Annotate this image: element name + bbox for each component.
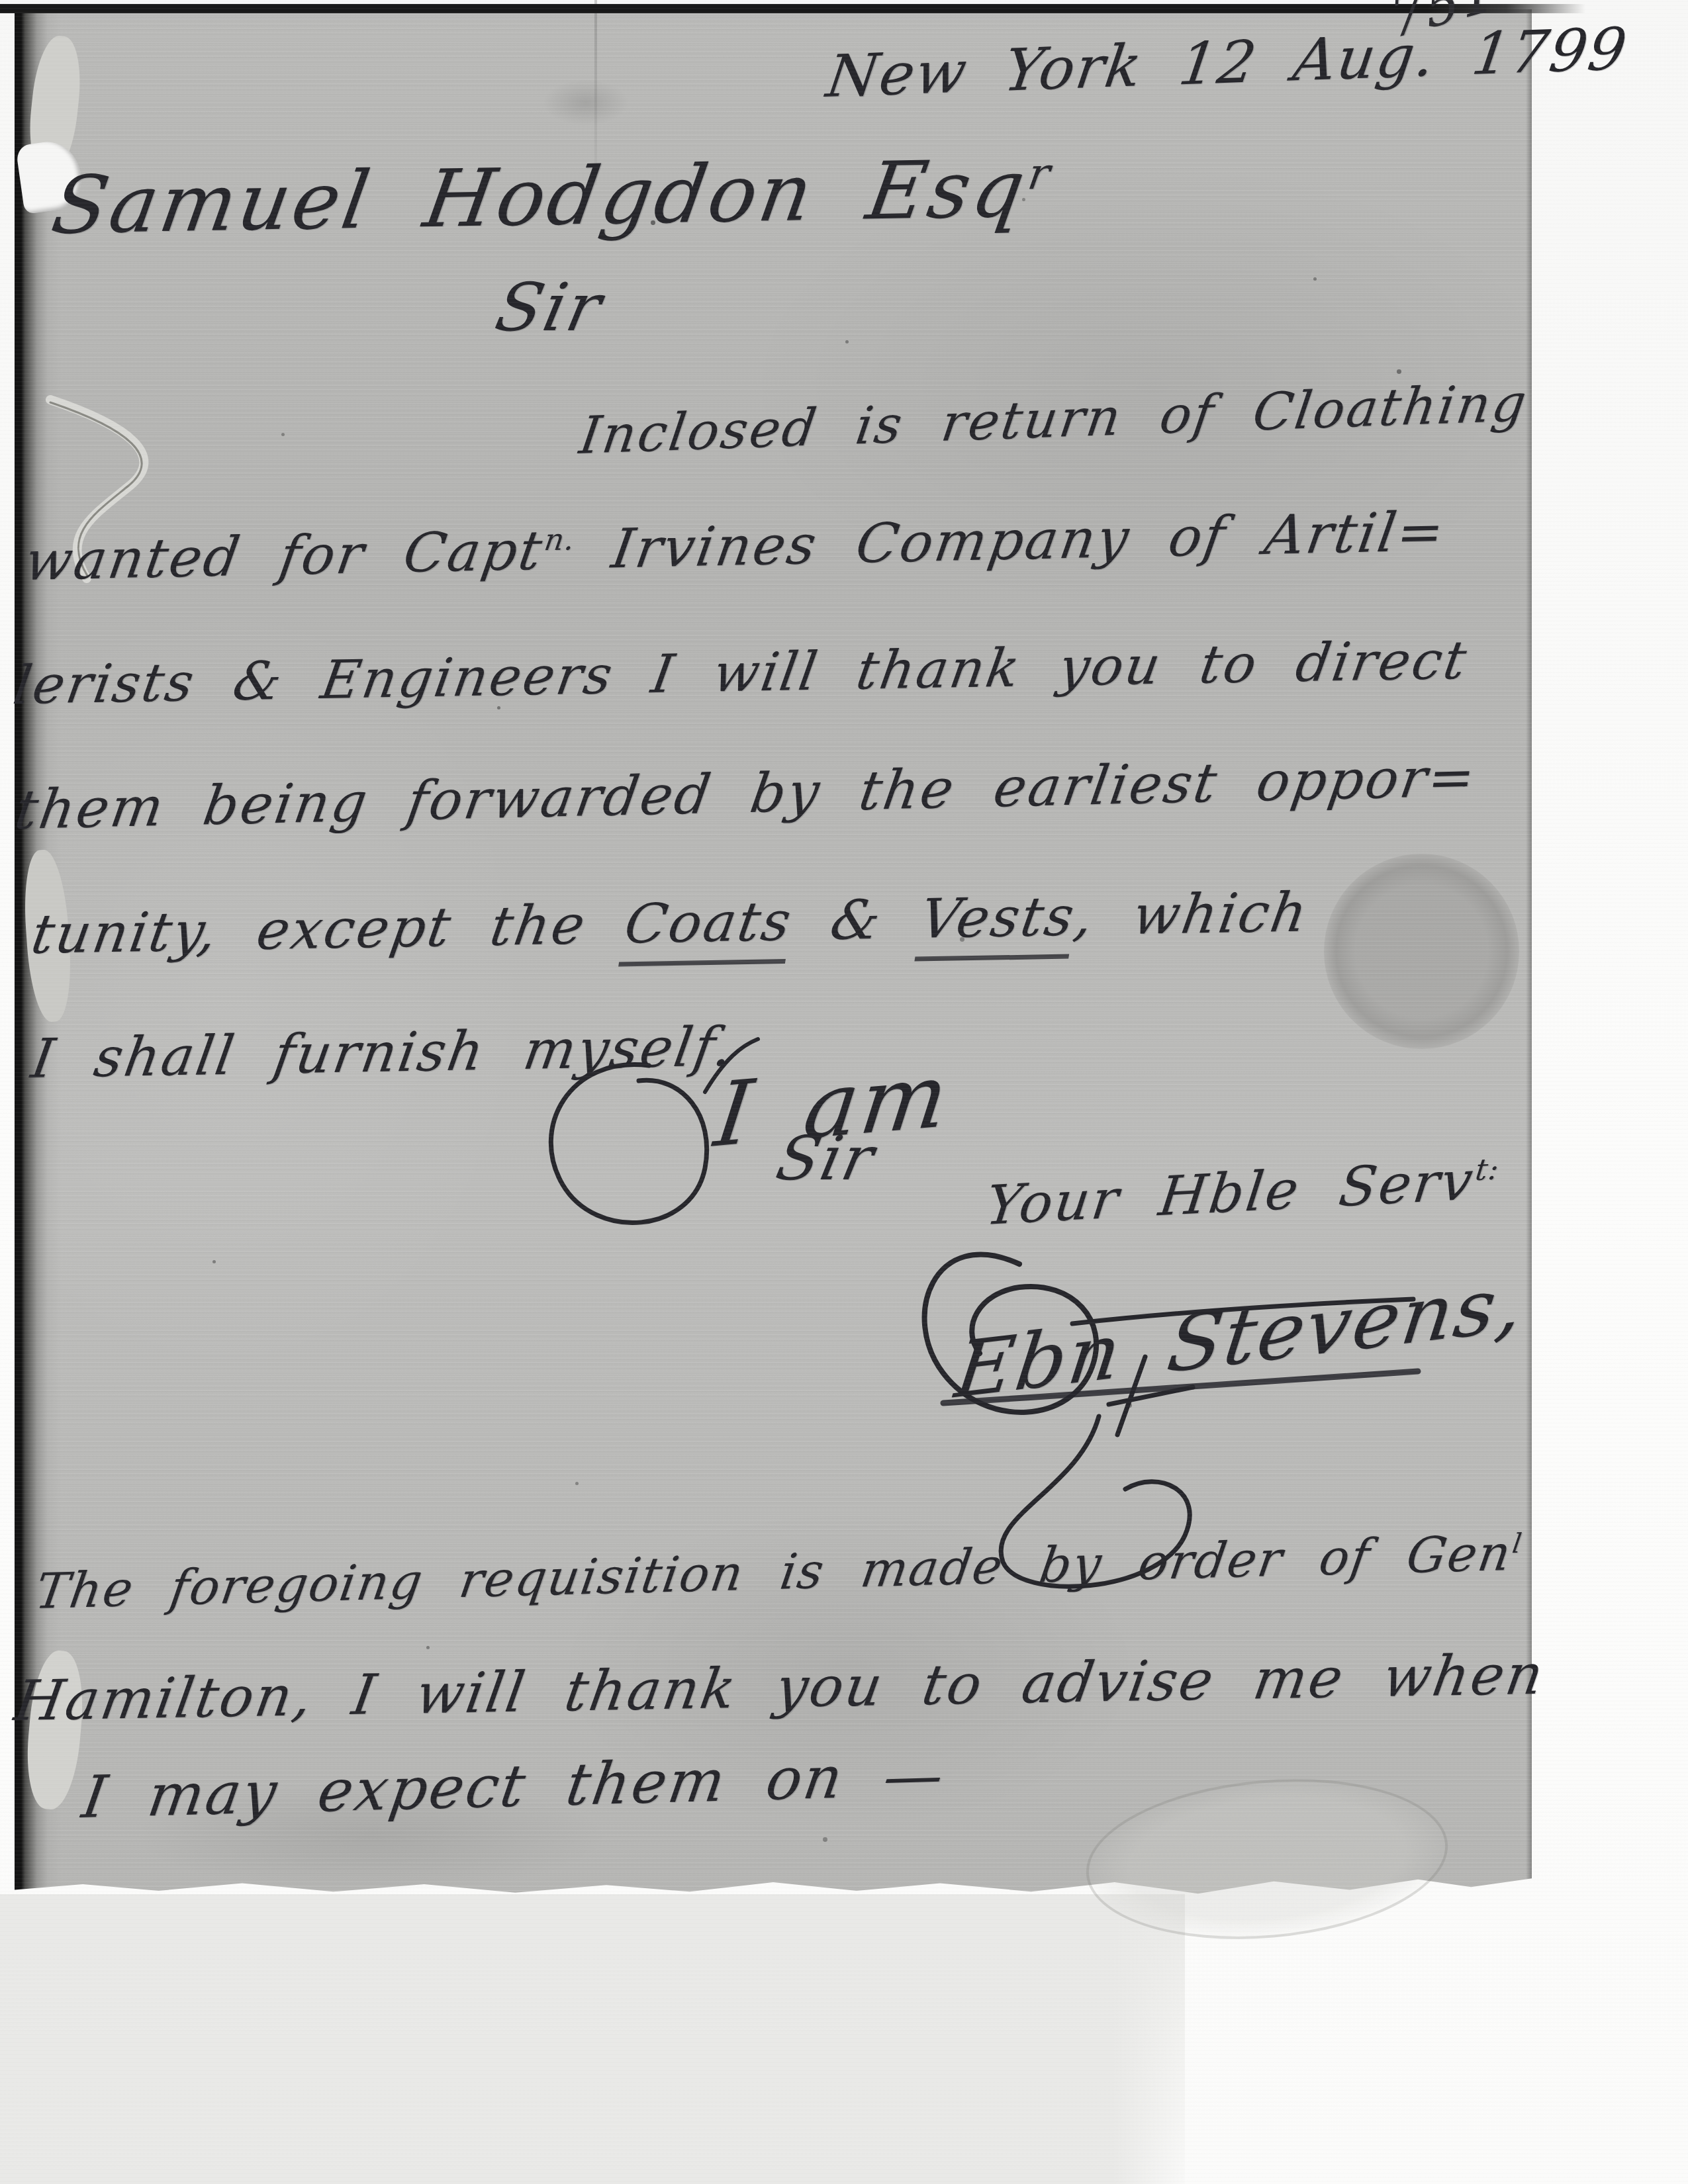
body-line-2-text: wanted for Capt <box>21 520 547 593</box>
closing-sir: Sir <box>771 1128 880 1189</box>
seal-stain <box>1324 854 1519 1049</box>
recipient-name: Samuel Hodgdon Esq <box>46 143 1034 252</box>
underlined-coats: Coats <box>619 890 797 966</box>
body-line-5-text: tunity, except the <box>27 893 630 966</box>
recipient-line: Samuel Hodgdon Esqr <box>47 150 1054 246</box>
right-edge-shadow <box>1526 9 1532 1895</box>
body-line-5-text: & <box>787 888 926 953</box>
servant-superscript: t: <box>1474 1152 1501 1188</box>
scanned-letter-page: { "letter": { "archive_number": "751", "… <box>0 0 1688 2184</box>
ink-smudge <box>543 79 629 126</box>
salutation: Sir <box>491 275 609 341</box>
body-line-5-text: , which <box>1070 881 1313 948</box>
top-edge-shadow <box>0 4 1585 13</box>
scanner-bed-lower <box>0 1894 1185 2184</box>
underlined-vests: Vests <box>914 886 1080 962</box>
ink-specks <box>0 0 2 2</box>
